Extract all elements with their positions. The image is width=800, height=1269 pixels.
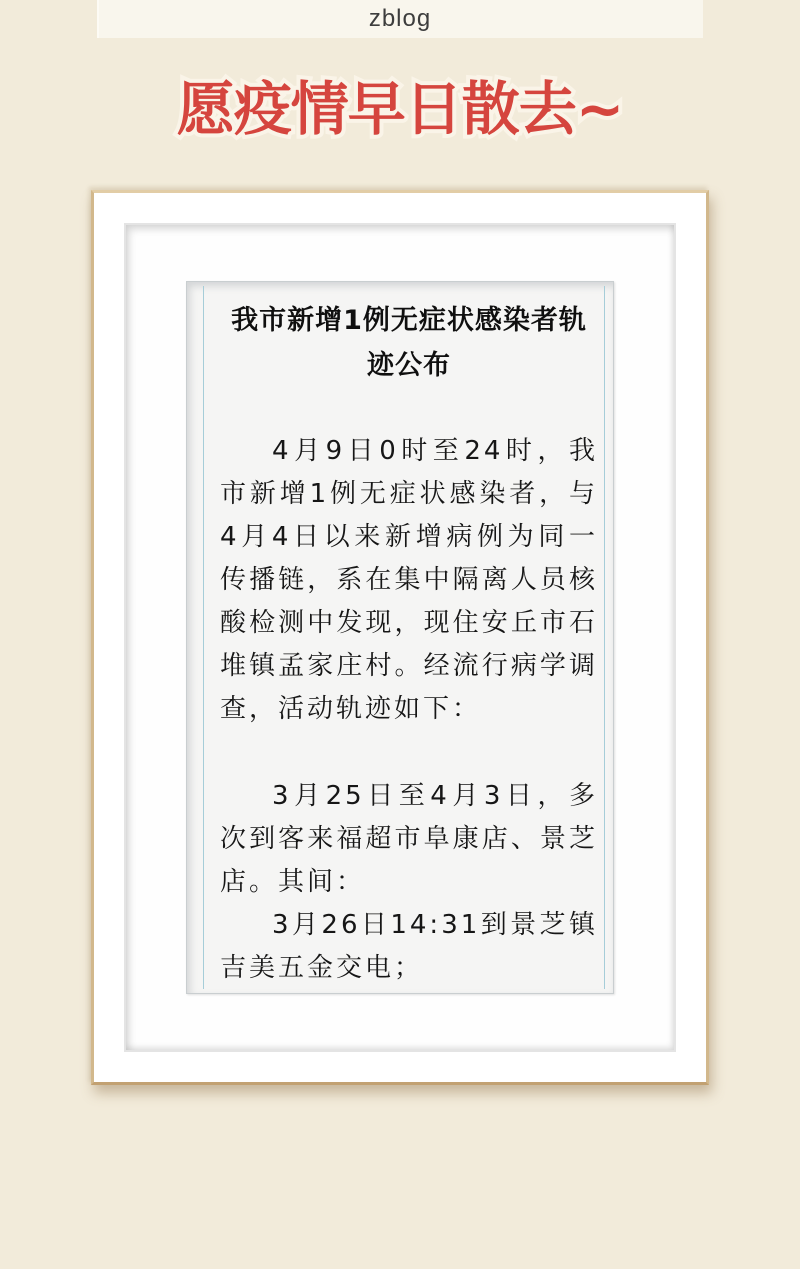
notice-paragraph: 4月9日0时至24时，我市新增1例无症状感染者，与4月4日以来新增病例为同一传播… [220,430,598,731]
photo-frame: 我市新增1例无症状感染者轨迹公布 4月9日0时至24时，我市新增1例无症状感染者… [91,190,709,1085]
notice-title: 我市新增1例无症状感染者轨迹公布 [220,298,598,388]
notice-document: 我市新增1例无症状感染者轨迹公布 4月9日0时至24时，我市新增1例无症状感染者… [187,282,613,990]
notice-photo[interactable]: 我市新增1例无症状感染者轨迹公布 4月9日0时至24时，我市新增1例无症状感染者… [186,281,614,994]
notice-body: 4月9日0时至24时，我市新增1例无症状感染者，与4月4日以来新增病例为同一传播… [220,430,598,990]
post-title: 愿疫情早日散去~ [0,72,800,146]
notice-paragraph: 3月26日14:31到景芝镇吉美五金交电； [220,904,598,990]
notice-paragraph: 3月25日至4月3日，多次到客来福超市阜康店、景芝店。其间： [220,775,598,904]
site-title-link[interactable]: zblog [369,5,431,33]
photo-right-rule [604,286,605,989]
page: zblog 愿疫情早日散去~ 我市新增1例无症状感染者轨迹公布 4月9日0时至2… [0,0,800,1269]
site-header: zblog [97,0,703,38]
frame-mat: 我市新增1例无症状感染者轨迹公布 4月9日0时至24时，我市新增1例无症状感染者… [124,223,676,1052]
photo-left-rule [203,286,204,989]
